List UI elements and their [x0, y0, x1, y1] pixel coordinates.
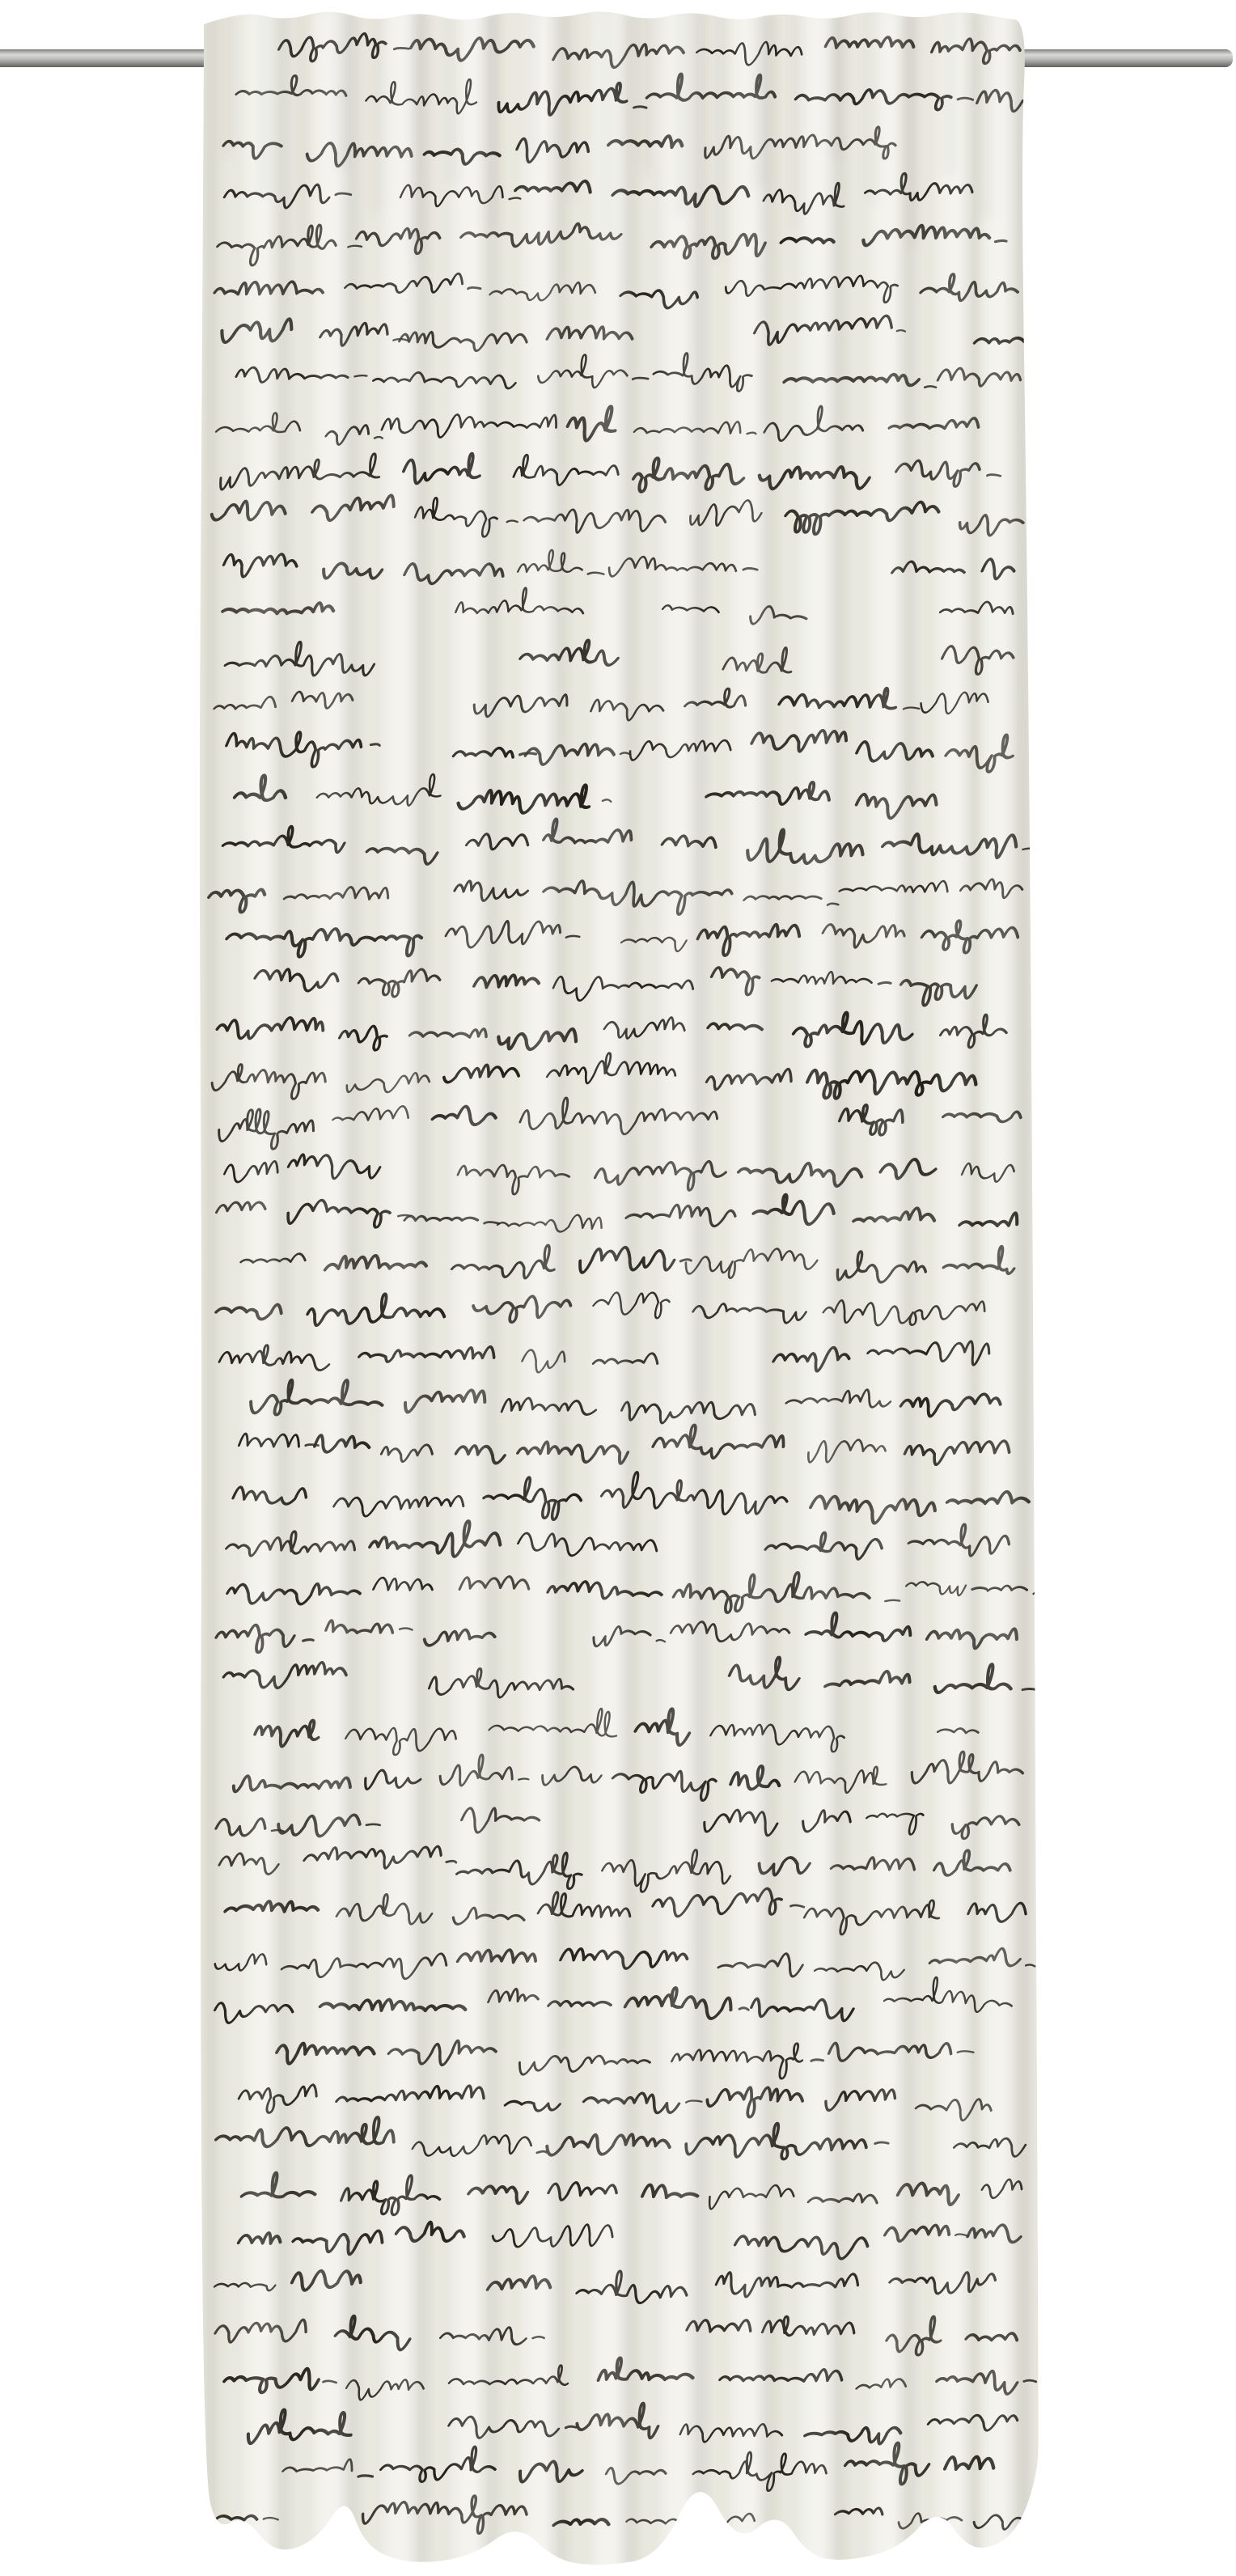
- sheen-crease: [692, 10, 703, 2576]
- sheen-crease: [967, 10, 978, 2576]
- sheen-highlight: [733, 10, 765, 2576]
- sheen-crease: [345, 10, 355, 2576]
- sheen-highlight: [872, 10, 904, 2576]
- sheen-highlight: [246, 10, 278, 2576]
- sheen-highlight: [984, 10, 1016, 2576]
- curtain-product-photo: [0, 0, 1236, 2576]
- sheen-crease: [414, 10, 425, 2576]
- scribble-mark: [565, 2426, 576, 2428]
- gather-crease: [794, 8, 801, 231]
- sheen-highlight: [594, 10, 626, 2576]
- scribble-mark: [925, 386, 936, 387]
- gather-crease: [565, 8, 573, 200]
- sheen-crease: [1013, 10, 1023, 2576]
- scribble-mark: [354, 375, 366, 376]
- sheen-highlight: [524, 10, 557, 2576]
- scribble-mark: [366, 1824, 380, 1825]
- gather-crease: [223, 8, 231, 154]
- scribble-mark: [303, 1640, 314, 1642]
- scribble-mark: [1022, 1689, 1037, 1690]
- gather-crease: [717, 8, 725, 258]
- sheen-highlight: [663, 10, 696, 2576]
- scribble-mark: [634, 107, 647, 108]
- sheen-crease: [623, 10, 633, 2576]
- left-edge-shade: [205, 11, 217, 2560]
- sheen-highlight: [455, 10, 487, 2576]
- sheen-highlight: [938, 10, 971, 2576]
- gather-crease: [375, 8, 383, 212]
- sheen-highlight: [385, 10, 417, 2576]
- curtain-panel: [200, 8, 1043, 2576]
- sheen-crease: [762, 10, 772, 2576]
- curtain-scene: [0, 0, 1236, 2576]
- sheen-highlight: [802, 10, 835, 2576]
- sheen-highlight: [315, 10, 348, 2576]
- sheen-crease: [484, 10, 494, 2576]
- sheen-crease: [832, 10, 842, 2576]
- scribble-mark: [370, 744, 379, 746]
- scribble-mark: [358, 2476, 373, 2476]
- sheen-crease: [553, 10, 564, 2576]
- gather-crease: [641, 8, 649, 172]
- sheen-crease: [901, 10, 912, 2576]
- sheen-crease: [275, 10, 286, 2576]
